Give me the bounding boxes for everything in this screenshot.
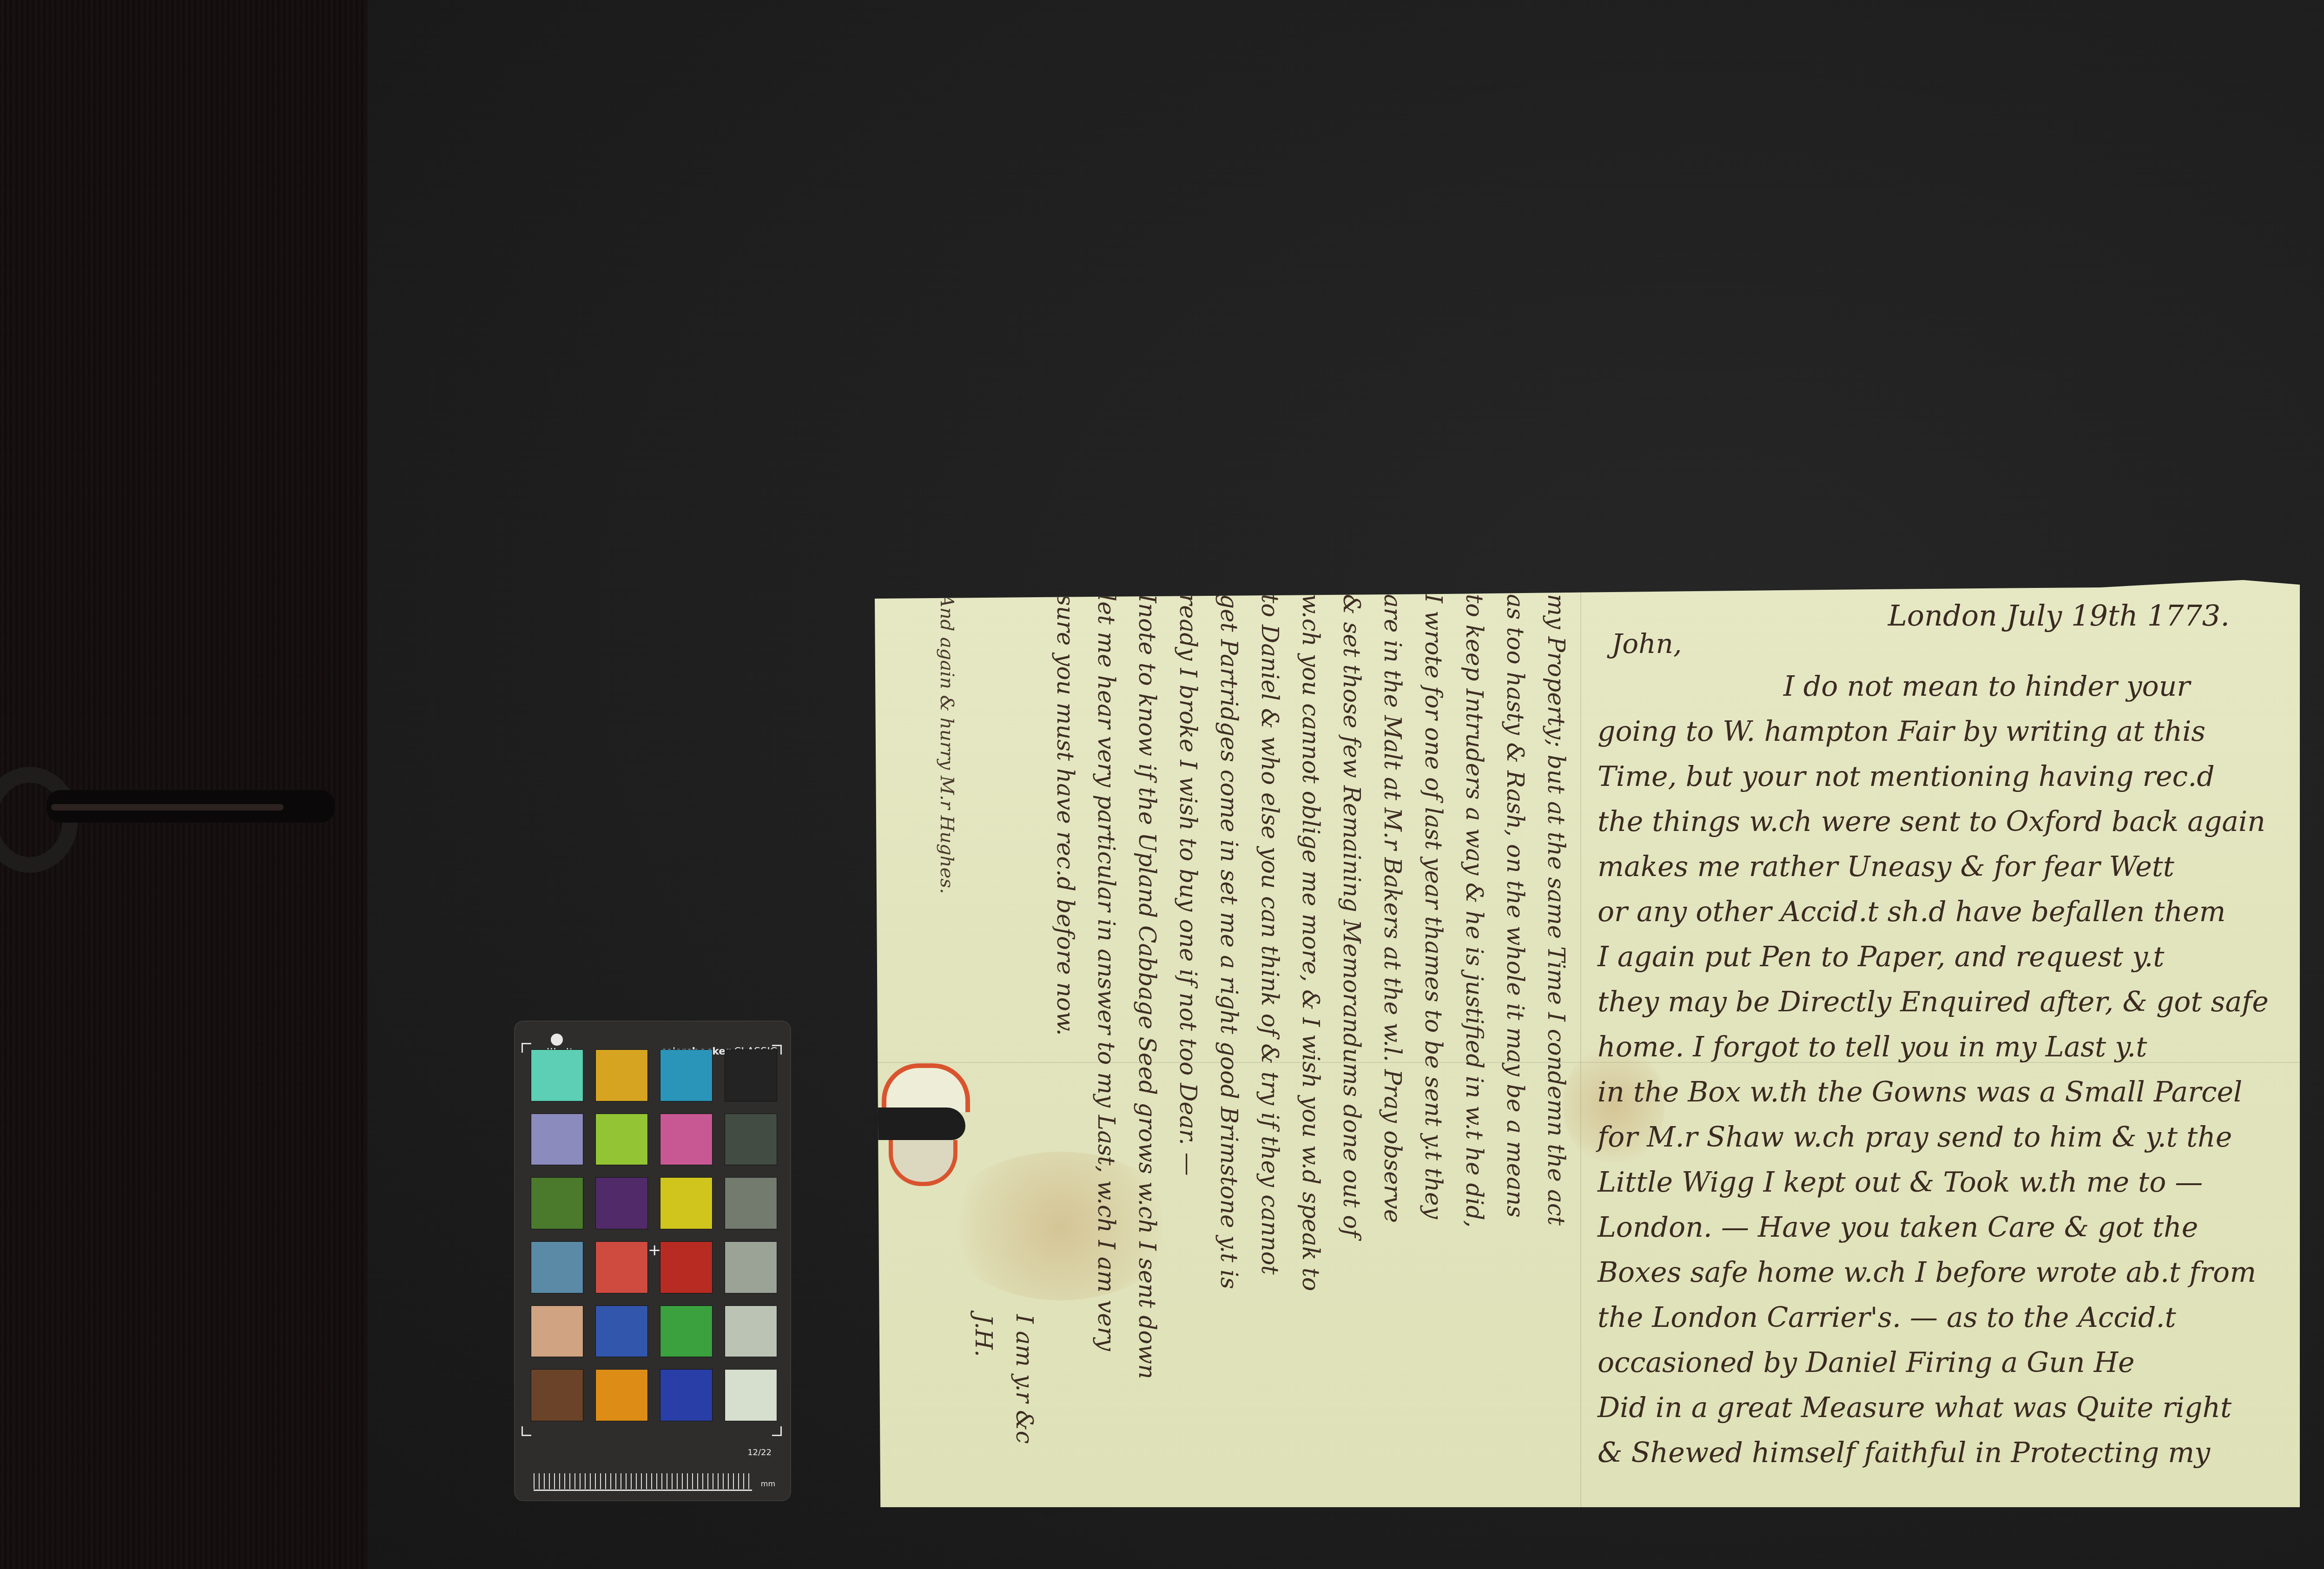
color-swatch (531, 1177, 583, 1229)
letter-line: ready I broke I wish to buy one if not t… (1168, 594, 1208, 1477)
letter-line: home. I forgot to tell you in my Last y.… (1598, 1025, 2285, 1070)
crop-mark-icon (772, 1426, 782, 1436)
letter-line: occasioned by Daniel Firing a Gun He (1598, 1340, 2285, 1385)
color-swatch (595, 1241, 648, 1293)
letter-line: Did in a great Measure what was Quite ri… (1598, 1385, 2285, 1431)
letter-line: for M.r Shaw w.ch pray send to him & y.t… (1598, 1115, 2285, 1160)
letter-line: Inote to know if the Upland Cabbage Seed… (1127, 594, 1168, 1477)
color-swatch (660, 1305, 713, 1358)
calibrite-logo-icon (551, 1034, 563, 1046)
color-swatch (531, 1049, 583, 1101)
letter-line: to Daniel & who else you can think of & … (1249, 594, 1290, 1477)
color-swatch (725, 1241, 777, 1293)
letter-line: & Shewed himself faithful in Protecting … (1598, 1431, 2285, 1476)
letter-line: I do not mean to hinder your (1598, 664, 2285, 709)
letter-line: as too hasty & Rash, on the whole it may… (1495, 594, 1536, 1477)
left-page-lines: my Property; but at the same Time I cond… (1045, 594, 1577, 1477)
color-checker-card: calibrite colorchecker CLASSIC + 12/22 m… (515, 1022, 790, 1500)
right-page-lines: I do not mean to hinder yourgoing to W. … (1598, 664, 2285, 1476)
letter-line: or any other Accid.t sh.d have befallen … (1598, 890, 2285, 935)
color-swatch (595, 1305, 648, 1358)
letter-line: going to W. hampton Fair by writing at t… (1598, 709, 2285, 754)
metal-clasp-bar (46, 790, 335, 823)
letter-right-page: London July 19th 1773. John, I do not me… (1598, 599, 2285, 1476)
letter-line: the things w.ch were sent to Oxford back… (1598, 799, 2285, 844)
letter-left-page-rotated: my Property; but at the same Time I cond… (903, 594, 1577, 1477)
letter-line: I wrote for one of last year thames to b… (1413, 594, 1454, 1477)
color-swatch (725, 1305, 777, 1358)
color-swatch (660, 1177, 713, 1229)
letter-line: they may be Directly Enquired after, & g… (1598, 980, 2285, 1025)
crop-mark-icon (522, 1426, 531, 1436)
color-swatch (531, 1114, 583, 1166)
color-swatch (595, 1114, 648, 1166)
letter-closing: I am y.r &c (1004, 594, 1045, 1477)
color-swatch (660, 1114, 713, 1166)
color-swatch (595, 1049, 648, 1101)
handwritten-letter: my Property; but at the same Time I cond… (875, 580, 2300, 1507)
crop-mark-icon (522, 1043, 531, 1053)
letter-line: makes me rather Uneasy & for fear Wett (1598, 844, 2285, 890)
letter-signature: J.H. (963, 594, 1004, 1477)
color-swatch (660, 1369, 713, 1421)
letter-line: London. — Have you taken Care & got the (1598, 1205, 2285, 1250)
letter-line: I again put Pen to Paper, and request y.… (1598, 935, 2285, 980)
letter-line: w.ch you cannot oblige me more, & I wish… (1290, 594, 1331, 1477)
color-swatch (531, 1305, 583, 1358)
letter-salutation: John, (1611, 628, 2285, 659)
fold-crease-vertical (1580, 580, 1581, 1507)
ruler-unit-label: mm (761, 1479, 775, 1488)
letter-line: to keep Intruders a way & he is justifie… (1454, 594, 1495, 1477)
letter-line: get Partridges come in set me a right go… (1208, 594, 1249, 1477)
letter-line: my Property; but at the same Time I cond… (1536, 594, 1577, 1477)
sheet-number: 12/22 (747, 1448, 772, 1457)
letter-line: in the Box w.th the Gowns was a Small Pa… (1598, 1070, 2285, 1115)
color-swatch (725, 1049, 777, 1101)
color-swatch (725, 1369, 777, 1421)
letter-line: Boxes safe home w.ch I before wrote ab.t… (1598, 1250, 2285, 1295)
letter-line: Time, but your not mentioning having rec… (1598, 754, 2285, 799)
swatch-grid (531, 1049, 777, 1421)
color-swatch (725, 1114, 777, 1166)
color-swatch (660, 1049, 713, 1101)
letter-line: sure you must have rec.d before now. (1045, 594, 1086, 1477)
color-swatch (531, 1241, 583, 1293)
color-swatch (725, 1177, 777, 1229)
letter-line: & set those few Remaining Memorandums do… (1331, 594, 1372, 1477)
letter-line: let me hear very particular in answer to… (1086, 594, 1127, 1477)
letter-line: the London Carrier's. — as to the Accid.… (1598, 1295, 2285, 1340)
letter-postscript: And again & hurry M.r Hughes. (931, 594, 963, 1477)
color-swatch (595, 1369, 648, 1421)
color-swatch (531, 1369, 583, 1421)
letter-line: Little Wigg I kept out & Took w.th me to… (1598, 1160, 2285, 1205)
color-swatch (660, 1241, 713, 1293)
mm-ruler-baseline (534, 1490, 752, 1491)
mm-ruler (534, 1473, 752, 1489)
color-swatch (595, 1177, 648, 1229)
letter-line: are in the Malt at M.r Bakers at the w.l… (1372, 594, 1413, 1477)
center-crosshair-icon: + (648, 1242, 661, 1258)
